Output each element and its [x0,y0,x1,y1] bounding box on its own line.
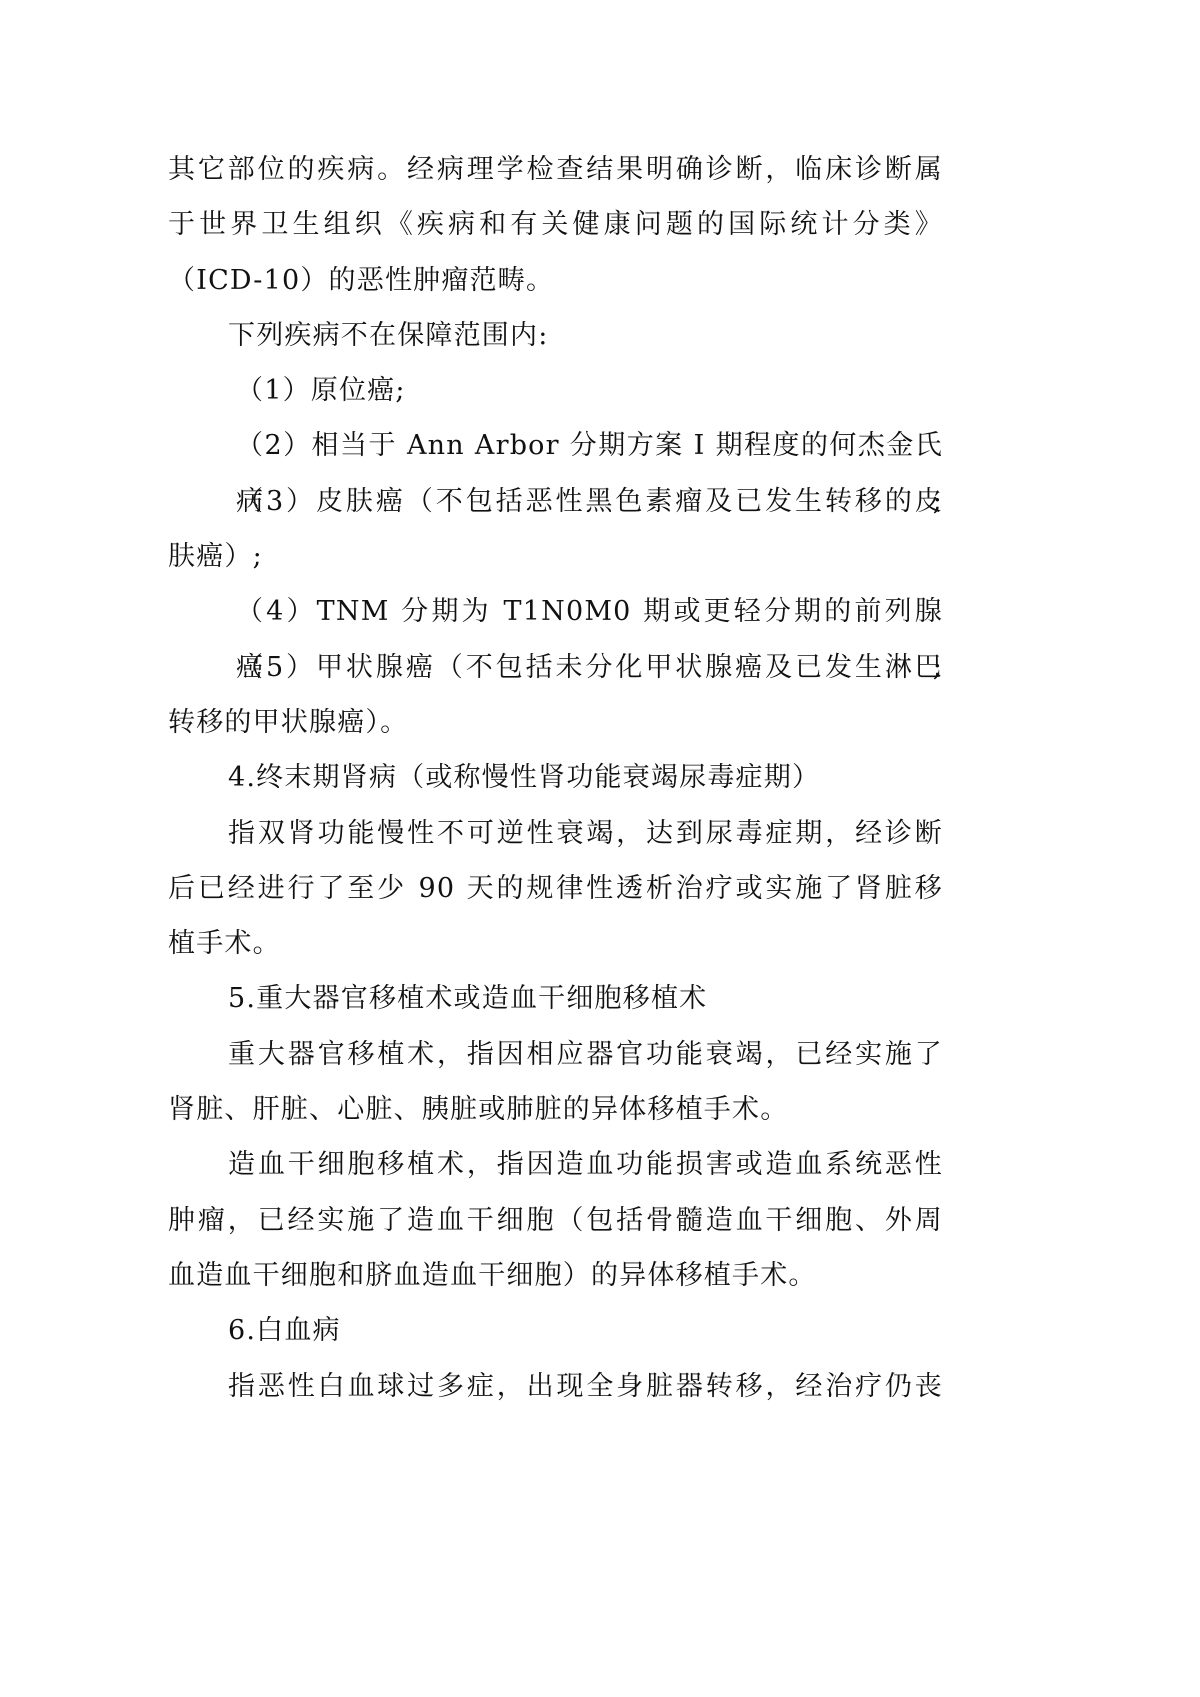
exclusion-item-5-cont: 转移的甲状腺癌）。 [168,695,943,750]
paragraph-line: 重大器官移植术，指因相应器官功能衰竭，已经实施了 [168,1027,943,1082]
exclusion-item-5: （5）甲状腺癌（不包括未分化甲状腺癌及已发生淋巴 [168,640,943,695]
paragraph-line: 血造血干细胞和脐血造血干细胞）的异体移植手术。 [168,1248,943,1303]
body-text: 其它部位的疾病。经病理学检查结果明确诊断，临床诊断属 于世界卫生组织《疾病和有关… [168,142,943,1414]
paragraph-line: （ICD-10）的恶性肿瘤范畴。 [168,253,943,308]
exclusion-item-2: （2）相当于 Ann Arbor 分期方案 I 期程度的何杰金氏病; [168,418,943,473]
section-heading-5: 5.重大器官移植术或造血干细胞移植术 [168,971,943,1026]
paragraph-line: 植手术。 [168,916,943,971]
paragraph-line: 造血干细胞移植术，指因造血功能损害或造血系统恶性 [168,1137,943,1192]
exclusions-intro: 下列疾病不在保障范围内: [168,308,943,363]
exclusion-item-3-cont: 肤癌）; [168,529,943,584]
paragraph-line: 于世界卫生组织《疾病和有关健康问题的国际统计分类》 [168,197,943,252]
section-heading-6: 6.白血病 [168,1303,943,1358]
exclusion-item-3: （3）皮肤癌（不包括恶性黑色素瘤及已发生转移的皮 [168,474,943,529]
paragraph-line: 后已经进行了至少 90 天的规律性透析治疗或实施了肾脏移 [168,861,943,916]
exclusion-item-4: （4）TNM 分期为 T1N0M0 期或更轻分期的前列腺癌; [168,584,943,639]
exclusion-item-1: （1）原位癌; [168,363,943,418]
paragraph-line: 肾脏、肝脏、心脏、胰脏或肺脏的异体移植手术。 [168,1082,943,1137]
paragraph-line: 指恶性白血球过多症，出现全身脏器转移，经治疗仍丧 [168,1359,943,1414]
paragraph-line: 肿瘤，已经实施了造血干细胞（包括骨髓造血干细胞、外周 [168,1193,943,1248]
paragraph-line: 其它部位的疾病。经病理学检查结果明确诊断，临床诊断属 [168,142,943,197]
section-heading-4: 4.终末期肾病（或称慢性肾功能衰竭尿毒症期） [168,750,943,805]
paragraph-line: 指双肾功能慢性不可逆性衰竭，达到尿毒症期，经诊断 [168,806,943,861]
document-page: 其它部位的疾病。经病理学检查结果明确诊断，临床诊断属 于世界卫生组织《疾病和有关… [0,0,1200,1697]
